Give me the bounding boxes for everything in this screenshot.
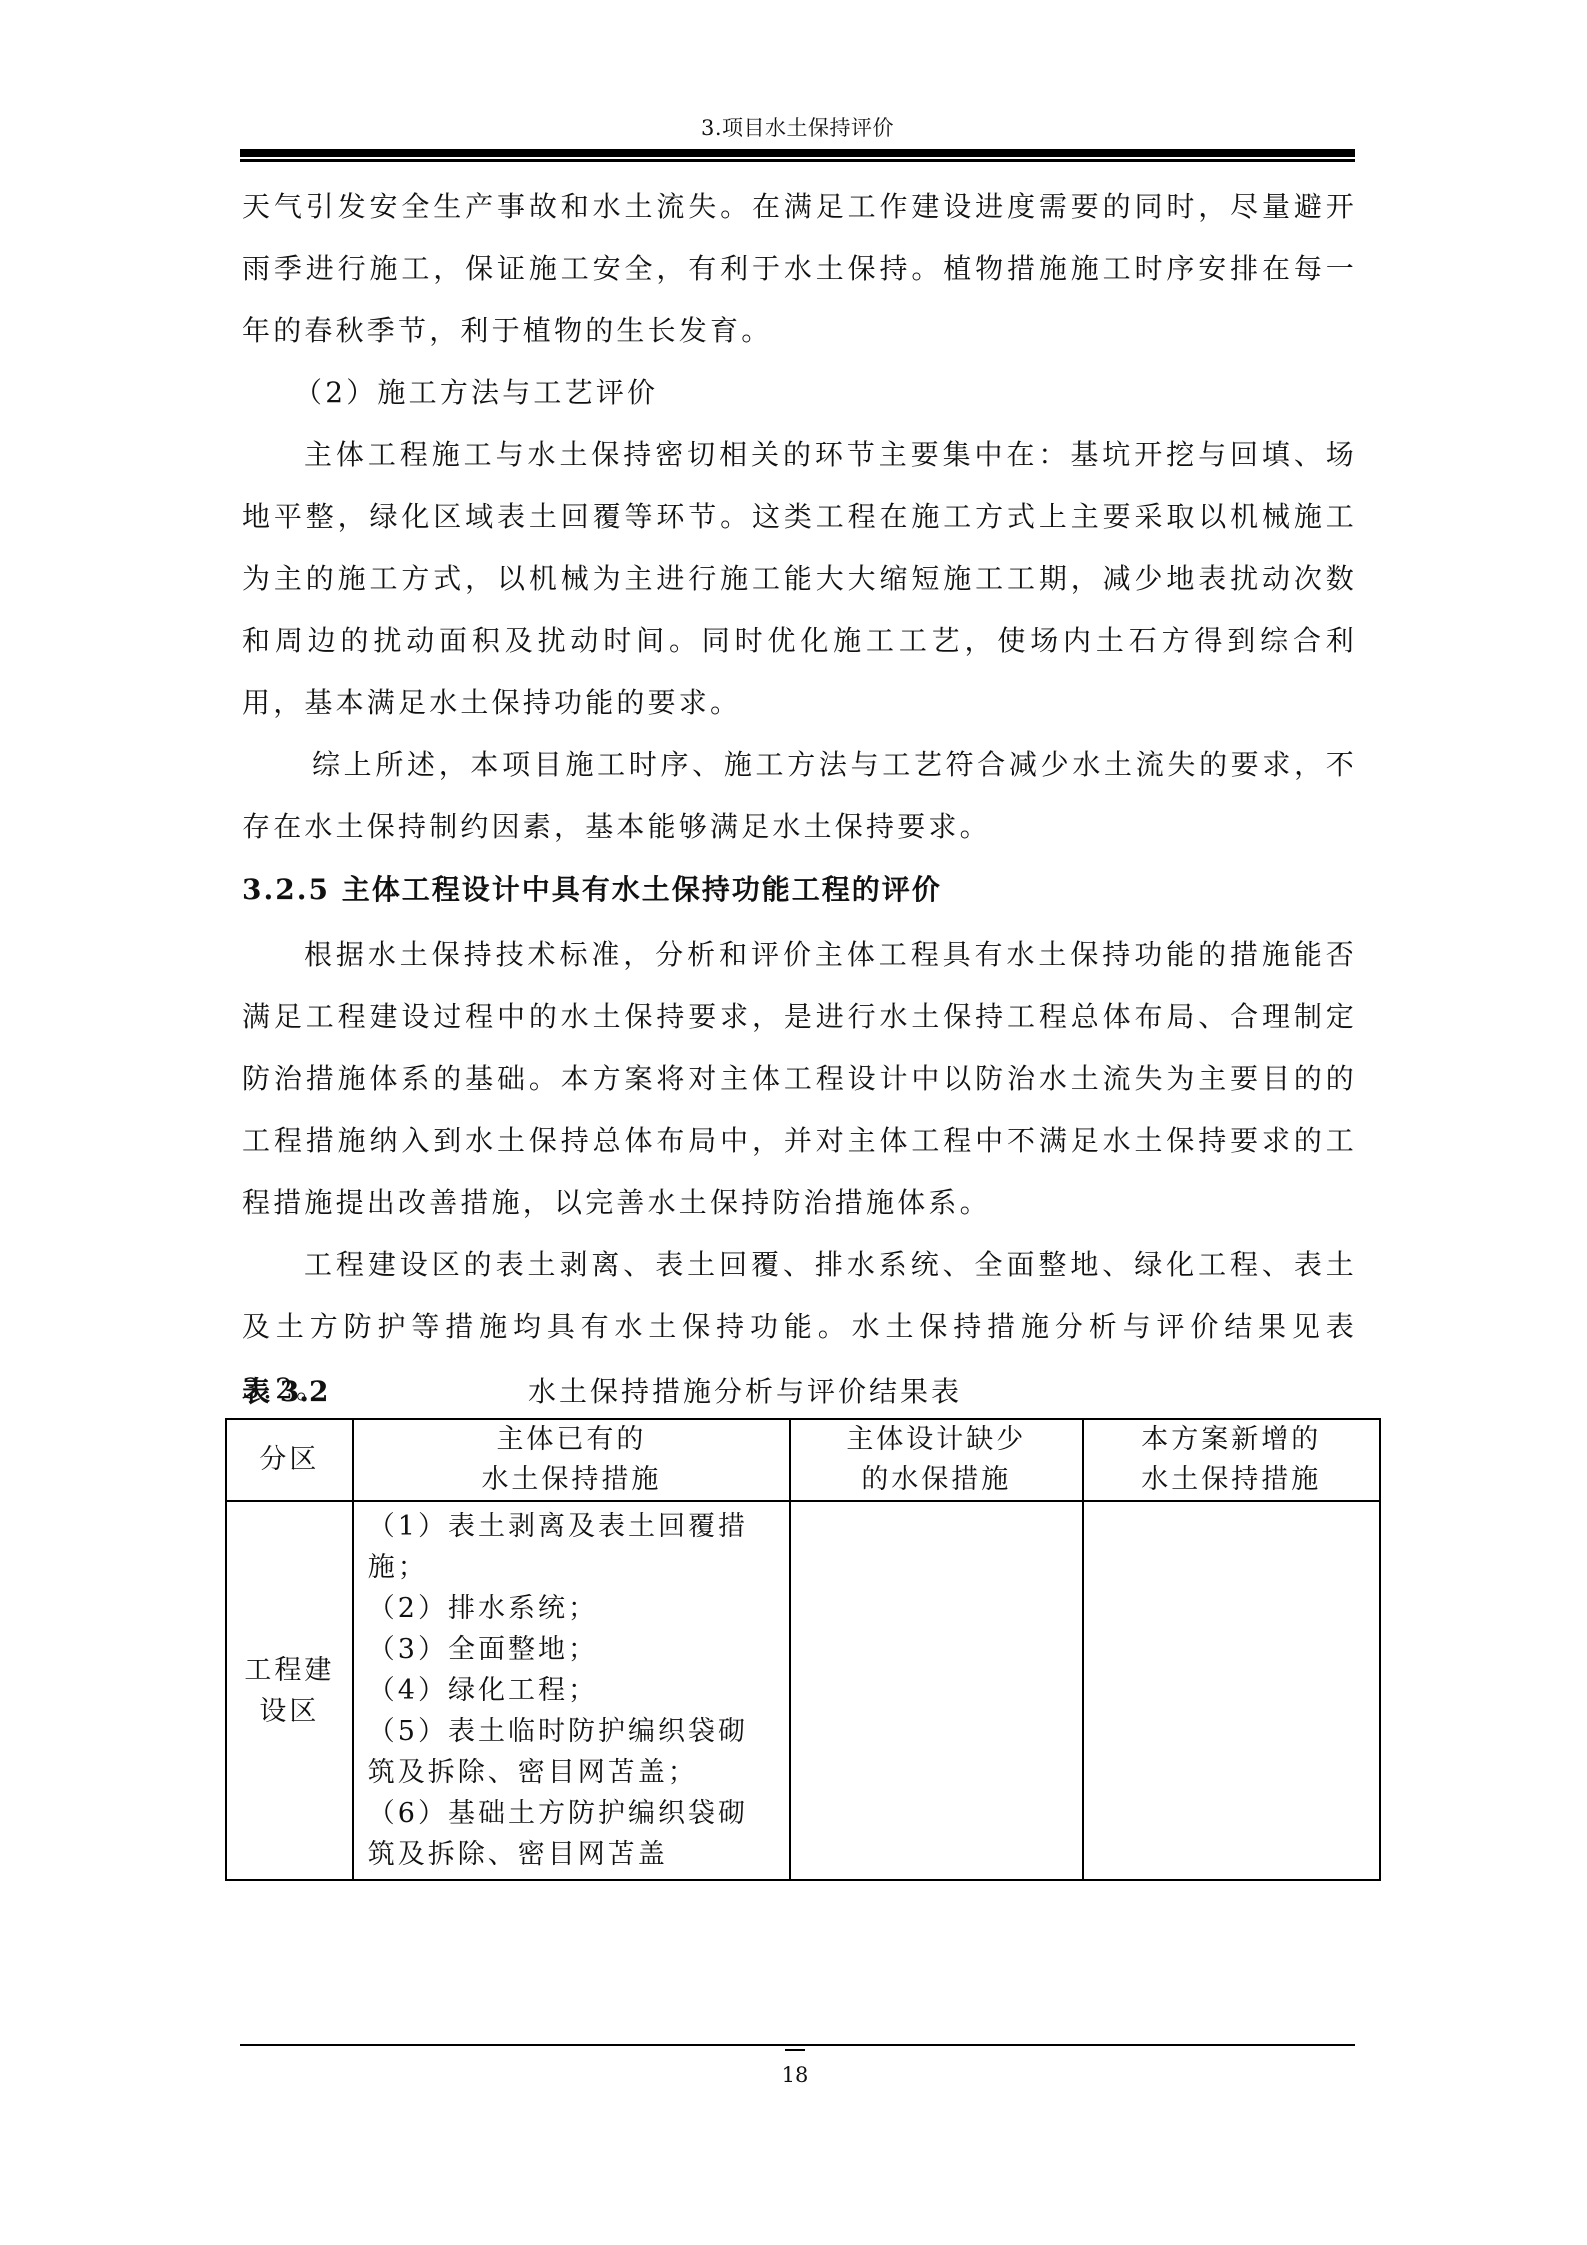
subheading-construction-method: （2）施工方法与工艺评价 (242, 362, 1357, 424)
measure-item: （6）基础土方防护编织袋砌筑及拆除、密目网苫盖 (368, 1793, 775, 1875)
paragraph-text: 根据水土保持技术标准，分析和评价主体工程具有水土保持功能的措施能否满足工程建设过… (242, 924, 1357, 1234)
table-caption-number: 表 3.2 (242, 1370, 328, 1410)
footer-rule (240, 2044, 1355, 2046)
header-text: 本方案新增的 (1084, 1420, 1379, 1460)
measure-item: （3）全面整地； (368, 1629, 775, 1670)
section-heading-3-2-5: 3.2.5 主体工程设计中具有水土保持功能工程的评价 (242, 868, 942, 908)
paragraph-evaluation-basis: 根据水土保持技术标准，分析和评价主体工程具有水土保持功能的措施能否满足工程建设过… (242, 924, 1357, 1234)
header-zone: 分区 (226, 1419, 353, 1501)
measure-item: （4）绿化工程； (368, 1670, 775, 1711)
header-missing-measures: 主体设计缺少 的水保措施 (790, 1419, 1082, 1501)
paragraph-construction-method: 主体工程施工与水土保持密切相关的环节主要集中在：基坑开挖与回填、场地平整，绿化区… (242, 424, 1357, 734)
zone-text: 设区 (227, 1691, 352, 1732)
paragraph-text: 综上所述，本项目施工时序、施工方法与工艺符合减少水土流失的要求，不存在水土保持制… (242, 734, 1357, 858)
header-rule-thin (240, 159, 1355, 162)
zone-text: 工程建 (227, 1650, 352, 1691)
header-text: 水土保持措施 (1084, 1460, 1379, 1500)
cell-missing-measures (790, 1501, 1082, 1880)
cell-new-measures (1083, 1501, 1380, 1880)
table-caption-title: 水土保持措施分析与评价结果表 (528, 1370, 962, 1410)
header-new-measures: 本方案新增的 水土保持措施 (1083, 1419, 1380, 1501)
table-row: 工程建 设区 （1）表土剥离及表土回覆措施； （2）排水系统； （3）全面整地；… (226, 1501, 1380, 1880)
paragraph-summary: 综上所述，本项目施工时序、施工方法与工艺符合减少水土流失的要求，不存在水土保持制… (242, 734, 1357, 858)
measure-item: （2）排水系统； (368, 1588, 775, 1629)
header-rule-thick (240, 149, 1355, 157)
paragraph-construction-sequence: 天气引发安全生产事故和水土流失。在满足工作建设进度需要的同时，尽量避开雨季进行施… (242, 176, 1357, 362)
header-text: 的水保措施 (791, 1460, 1081, 1500)
measure-item: （5）表土临时防护编织袋砌筑及拆除、密目网苫盖； (368, 1711, 775, 1793)
running-header-title: 3.项目水土保持评价 (240, 112, 1355, 142)
cell-existing-measures: （1）表土剥离及表土回覆措施； （2）排水系统； （3）全面整地； （4）绿化工… (353, 1501, 790, 1880)
paragraph-text: 天气引发安全生产事故和水土流失。在满足工作建设进度需要的同时，尽量避开雨季进行施… (242, 176, 1357, 362)
header-text: 水土保持措施 (354, 1460, 789, 1500)
cell-zone: 工程建 设区 (226, 1501, 353, 1880)
page-number-dash (785, 2049, 805, 2051)
measures-evaluation-table: 分区 主体已有的 水土保持措施 主体设计缺少 的水保措施 本方案新增的 水土保持… (225, 1418, 1381, 1881)
header-text: 主体已有的 (354, 1420, 789, 1460)
header-existing-measures: 主体已有的 水土保持措施 (353, 1419, 790, 1501)
page-number: 18 (740, 2063, 850, 2087)
header-text: 分区 (259, 1444, 319, 1475)
header-text: 主体设计缺少 (791, 1420, 1081, 1460)
table-header-row: 分区 主体已有的 水土保持措施 主体设计缺少 的水保措施 本方案新增的 水土保持… (226, 1419, 1380, 1501)
paragraph-text: 主体工程施工与水土保持密切相关的环节主要集中在：基坑开挖与回填、场地平整，绿化区… (242, 424, 1357, 734)
subheading-text: （2）施工方法与工艺评价 (242, 362, 1357, 424)
measure-item: （1）表土剥离及表土回覆措施； (368, 1506, 775, 1588)
